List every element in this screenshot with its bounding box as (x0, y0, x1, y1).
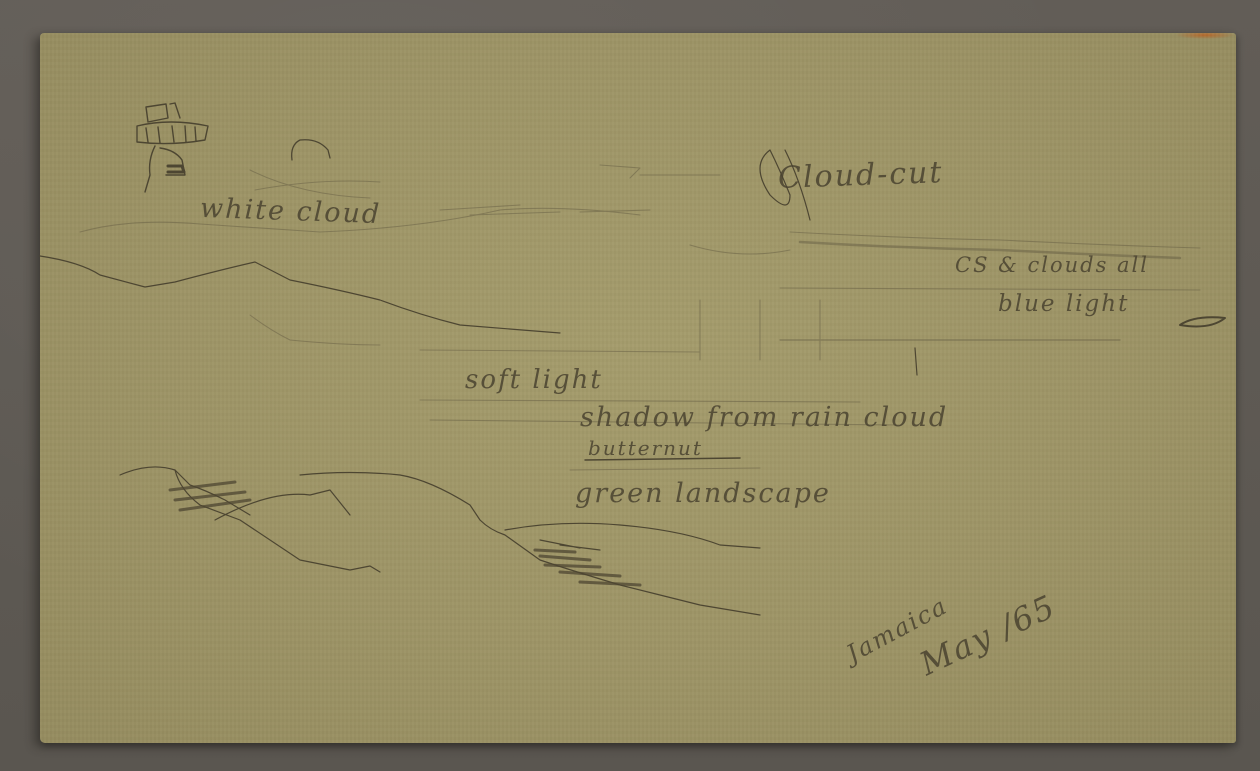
annotation-clouds-line1: CS & clouds all (955, 253, 1149, 277)
annotation-white-cloud: white cloud (200, 193, 382, 230)
pencil-drawing (0, 0, 1260, 771)
cloud-blob (1180, 317, 1225, 326)
annotation-clouds-line2: blue light (998, 291, 1129, 317)
annotation-shadow-rain-cloud: shadow from rain cloud (580, 402, 948, 433)
bracket-mark (292, 140, 330, 160)
annotation-underlined-word: butternut (588, 436, 703, 460)
upper-ridge (40, 256, 560, 333)
figure-with-hat (137, 103, 208, 192)
annotation-cloud-cut: Cloud-cut (777, 155, 944, 196)
tick-mark (915, 348, 917, 375)
annotation-soft-light: soft light (465, 365, 603, 395)
annotation-green-landscape: green landscape (575, 478, 831, 509)
